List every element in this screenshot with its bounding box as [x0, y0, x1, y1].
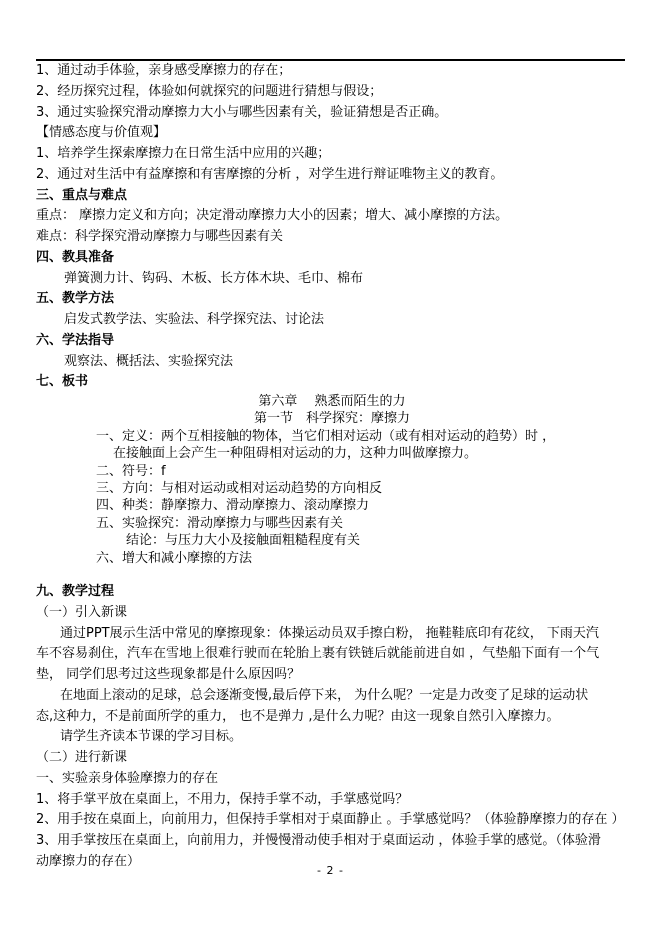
doc-line-11: 五、教学方法: [36, 289, 628, 310]
doc-line-18: 一、定义：两个互相接触的物体，当它们相对运动（或有相对运动的趋势）时 ，: [36, 428, 628, 445]
doc-line-30: 车不容易刹住，汽车在雪地上很难行驶而在轮胎上裹有铁链后就能前进自如 ，气垫船下面…: [36, 644, 628, 665]
doc-line-5: 2、通过对生活中有益摩擦和有害摩擦的分析 ，对学生进行辩证唯物主义的教育。: [36, 165, 628, 186]
doc-line-31: 垫， 同学们思考过这些现象都是什么原因吗？: [36, 665, 628, 686]
doc-line-37: 1、将手掌平放在桌面上，不用力，保持手掌不动，手掌感觉吗？: [36, 790, 628, 811]
doc-line-14: 观察法、概括法、实验探究法: [36, 352, 628, 373]
doc-line-21: 三、方向：与相对运动或相对运动趋势的方向相反: [36, 480, 628, 497]
doc-line-29: 通过PPT展示生活中常见的摩擦现象：体操运动员双手擦白粉， 拖鞋鞋底印有花纹， …: [36, 624, 628, 645]
doc-line-2: 3、通过实验探究滑动摩擦力大小与哪些因素有关，验证猜想是否正确。: [36, 103, 628, 124]
doc-line-3: 【情感态度与价值观】: [36, 123, 628, 144]
doc-line-23: 五、实验探究：滑动摩擦力与哪些因素有关: [36, 515, 628, 532]
doc-line-0: 1、通过动手体验，亲身感受摩擦力的存在；: [36, 61, 628, 82]
doc-line-24: 结论：与压力大小及接触面粗糙程度有关: [36, 532, 628, 549]
doc-line-19: 在接触面上会产生一种阻碍相对运动的力，这种力叫做摩擦力。: [36, 445, 628, 462]
document-page: 1、通过动手体验，亲身感受摩擦力的存在；2、经历探究过程，体验如何就探究的问题进…: [0, 0, 661, 935]
doc-line-39: 3、用手掌按压在桌面上，向前用力，并慢慢滑动使手相对于桌面运动 ，体验手掌的感觉…: [36, 831, 628, 852]
doc-line-16: 第六章 熟悉而陌生的力: [36, 393, 628, 410]
doc-line-8: 难点：科学探究滑动摩擦力与哪些因素有关: [36, 227, 628, 248]
doc-line-33: 态,这种力，不是前面所学的重力， 也不是弹力 ,是什么力呢？由这一现象自然引入摩…: [36, 707, 628, 728]
doc-line-36: 一、实验亲身体验摩擦力的存在: [36, 769, 628, 790]
doc-line-1: 2、经历探究过程，体验如何就探究的问题进行猜想与假设；: [36, 82, 628, 103]
doc-line-26: [36, 567, 628, 582]
doc-line-7: 重点： 摩擦力定义和方向；决定滑动摩擦力大小的因素；增大、减小摩擦的方法。: [36, 206, 628, 227]
doc-line-32: 在地面上滚动的足球，总会逐渐变慢,最后停下来， 为什么呢？一定是力改变了足球的运…: [36, 686, 628, 707]
page-number: - 2 -: [0, 864, 661, 877]
doc-line-17: 第一节 科学探究：摩擦力: [36, 410, 628, 427]
doc-line-12: 启发式教学法、实验法、科学探究法、讨论法: [36, 310, 628, 331]
doc-line-34: 请学生齐读本节课的学习目标。: [36, 727, 628, 748]
doc-line-9: 四、教具准备: [36, 248, 628, 269]
doc-line-22: 四、种类：静摩擦力、滑动摩擦力、滚动摩擦力: [36, 497, 628, 514]
doc-line-15: 七、板书: [36, 372, 628, 393]
doc-line-4: 1、培养学生探索摩擦力在日常生活中应用的兴趣；: [36, 144, 628, 165]
doc-line-38: 2、用手按在桌面上，向前用力，但保持手掌相对于桌面静止 。手掌感觉吗？（体验静摩…: [36, 810, 628, 831]
doc-line-6: 三、重点与难点: [36, 186, 628, 207]
document-content: 1、通过动手体验，亲身感受摩擦力的存在；2、经历探究过程，体验如何就探究的问题进…: [36, 61, 628, 873]
doc-line-27: 九、教学过程: [36, 582, 628, 603]
doc-line-20: 二、符号：f: [36, 463, 628, 480]
doc-line-35: （二）进行新课: [36, 748, 628, 769]
doc-line-28: （一）引入新课: [36, 603, 628, 624]
doc-line-25: 六、增大和减小摩擦的方法: [36, 550, 628, 567]
doc-line-13: 六、学法指导: [36, 331, 628, 352]
doc-line-10: 弹簧测力计、钩码、木板、长方体木块、毛巾、棉布: [36, 269, 628, 290]
